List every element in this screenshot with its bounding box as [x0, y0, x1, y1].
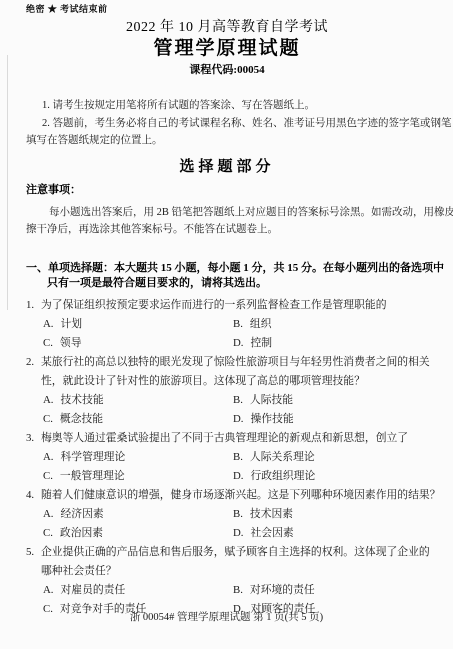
options-row: C.一般管理理论D.行政组织理论 [26, 467, 428, 486]
question-stem-text: 为了保证组织按预定要求运作而进行的一系列监督检查工作是管理职能的 [41, 299, 387, 311]
option-a: A.对雇员的责任 [43, 581, 233, 600]
scan-edge-artifact [7, 55, 8, 310]
question: 3.梅奥等人通过霍桑试验提出了不同于古典管理理论的新观点和新思想，创立了A.科学… [26, 429, 428, 486]
option-a: A.经济因素 [43, 505, 233, 524]
option-text: 计划 [61, 318, 83, 330]
question-stem-text: 某旅行社的高总以独特的眼光发现了惊险性旅游项目与年轻男性消费者之间的相关 [41, 356, 430, 368]
option-c: C.一般管理理论 [43, 467, 233, 486]
option-c: C.概念技能 [43, 410, 233, 429]
question: 2.某旅行社的高总以独特的眼光发现了惊险性旅游项目与年轻男性消费者之间的相关性，… [26, 353, 428, 429]
instruction-item-2-line-1: 2. 答题前，考生务必将自己的考试课程名称、姓名、准考证号用黑色字迹的签字笔或钢… [26, 115, 428, 133]
options-row: C.政治因素D.社会因素 [26, 524, 428, 543]
option-label: B. [233, 391, 243, 410]
option-label: B. [233, 448, 243, 467]
option-label: A. [43, 448, 54, 467]
option-text: 对环境的责任 [250, 584, 315, 596]
option-label: C. [43, 524, 53, 543]
question-stem-line: 5.企业提供正确的产品信息和售后服务，赋予顾客自主选择的权利。这体现了企业的 [26, 543, 428, 562]
question-number: 2. [26, 353, 41, 372]
option-d: D.社会因素 [233, 524, 294, 543]
question-stem-line: 3.梅奥等人通过霍桑试验提出了不同于古典管理理论的新观点和新思想，创立了 [26, 429, 428, 448]
option-label: D. [233, 467, 244, 486]
option-label: C. [43, 410, 53, 429]
option-label: D. [233, 410, 244, 429]
option-text: 经济因素 [61, 508, 104, 520]
question: 4.随着人们健康意识的增强，健身市场逐渐兴起。这是下列哪种环境因素作用的结果？A… [26, 486, 428, 543]
option-c: C.领导 [43, 334, 233, 353]
option-label: D. [233, 524, 244, 543]
option-label: D. [233, 334, 244, 353]
option-label: B. [233, 315, 243, 334]
page-footer: 浙 00054# 管理学原理试题 第 1 页(共 5 页) [0, 611, 453, 624]
question-stem-text: 梅奥等人通过霍桑试验提出了不同于古典管理理论的新观点和新思想，创立了 [41, 432, 408, 444]
option-b: B.对环境的责任 [233, 581, 315, 600]
classification-banner: 绝密 ★ 考试结束前 [26, 3, 428, 15]
option-text: 组织 [250, 318, 272, 330]
question-number: 3. [26, 429, 41, 448]
option-a: A.科学管理理论 [43, 448, 233, 467]
option-c: C.政治因素 [43, 524, 233, 543]
option-d: D.行政组织理论 [233, 467, 315, 486]
option-text: 行政组织理论 [251, 470, 316, 482]
question-number: 5. [26, 543, 41, 562]
option-b: B.人际关系理论 [233, 448, 315, 467]
option-a: A.计划 [43, 315, 233, 334]
exam-session-title: 2022 年 10 月高等教育自学考试 [26, 20, 428, 36]
options-row: C.领导D.控制 [26, 334, 428, 353]
part-one-heading-line-1: 一、单项选择题：本大题共 15 小题，每小题 1 分，共 15 分。在每小题列出… [26, 261, 428, 277]
option-label: C. [43, 467, 53, 486]
question-stem-line: 哪种社会责任？ [26, 562, 428, 581]
option-text: 对雇员的责任 [61, 584, 126, 596]
option-text: 概念技能 [60, 413, 103, 425]
section-heading: 选择题部分 [26, 159, 428, 175]
option-text: 领导 [60, 337, 82, 349]
option-label: C. [43, 334, 53, 353]
option-text: 人际技能 [250, 394, 293, 406]
option-label: B. [233, 505, 243, 524]
option-label: A. [43, 505, 54, 524]
option-text: 科学管理理论 [61, 451, 126, 463]
option-d: D.控制 [233, 334, 272, 353]
options-row: A.对雇员的责任B.对环境的责任 [26, 581, 428, 600]
question-number: 4. [26, 486, 41, 505]
questions-list: 1.为了保证组织按预定要求运作而进行的一系列监督检查工作是管理职能的A.计划B.… [26, 296, 428, 619]
options-row: A.经济因素B.技术因素 [26, 505, 428, 524]
question-stem-line: 4.随着人们健康意识的增强，健身市场逐渐兴起。这是下列哪种环境因素作用的结果？ [26, 486, 428, 505]
option-label: A. [43, 581, 54, 600]
options-row: A.科学管理理论B.人际关系理论 [26, 448, 428, 467]
option-b: B.人际技能 [233, 391, 293, 410]
option-label: A. [43, 315, 54, 334]
question-stem-text: 哪种社会责任？ [41, 565, 117, 577]
question: 5.企业提供正确的产品信息和售后服务，赋予顾客自主选择的权利。这体现了企业的哪种… [26, 543, 428, 619]
question-number: 1. [26, 296, 41, 315]
question-stem-line: 性，就此设计了针对性的旅游项目。这体现了高总的哪项管理技能？ [26, 372, 428, 391]
option-text: 一般管理理论 [60, 470, 125, 482]
options-row: A.技术技能B.人际技能 [26, 391, 428, 410]
notes-label: 注意事项： [26, 184, 428, 197]
question-stem-text: 随着人们健康意识的增强，健身市场逐渐兴起。这是下列哪种环境因素作用的结果？ [41, 489, 440, 501]
options-row: A.计划B.组织 [26, 315, 428, 334]
course-code: 课程代码:00054 [26, 64, 428, 77]
notes-line-2: 擦干净后，再选涂其他答案标号。不能答在试题卷上。 [26, 221, 428, 239]
question-stem-line: 2.某旅行社的高总以独特的眼光发现了惊险性旅游项目与年轻男性消费者之间的相关 [26, 353, 428, 372]
instruction-item-1: 1. 请考生按规定用笔将所有试题的答案涂、写在答题纸上。 [26, 97, 428, 115]
option-text: 操作技能 [251, 413, 294, 425]
instruction-item-2-line-2: 填写在答题纸规定的位置上。 [26, 132, 428, 150]
option-d: D.操作技能 [233, 410, 294, 429]
option-text: 技术技能 [61, 394, 104, 406]
option-b: B.技术因素 [233, 505, 293, 524]
option-text: 控制 [251, 337, 273, 349]
option-text: 技术因素 [250, 508, 293, 520]
option-text: 人际关系理论 [250, 451, 315, 463]
option-text: 社会因素 [251, 527, 294, 539]
option-b: B.组织 [233, 315, 272, 334]
question-stem-line: 1.为了保证组织按预定要求运作而进行的一系列监督检查工作是管理职能的 [26, 296, 428, 315]
option-label: B. [233, 581, 243, 600]
question-stem-text: 性，就此设计了针对性的旅游项目。这体现了高总的哪项管理技能？ [41, 375, 365, 387]
options-row: C.概念技能D.操作技能 [26, 410, 428, 429]
question-stem-text: 企业提供正确的产品信息和售后服务，赋予顾客自主选择的权利。这体现了企业的 [41, 546, 430, 558]
notes-line-1: 每小题选出答案后，用 2B 铅笔把答题纸上对应题目的答案标号涂黑。如需改动，用橡… [26, 204, 428, 222]
exam-paper-page: 绝密 ★ 考试结束前 2022 年 10 月高等教育自学考试 管理学原理试题 课… [0, 0, 453, 649]
part-one-heading-line-2: 只有一项是最符合题目要求的，请将其选出。 [26, 276, 428, 292]
general-instructions: 1. 请考生按规定用笔将所有试题的答案涂、写在答题纸上。 2. 答题前，考生务必… [26, 97, 428, 150]
notes-paragraph: 每小题选出答案后，用 2B 铅笔把答题纸上对应题目的答案标号涂黑。如需改动，用橡… [26, 204, 428, 239]
option-label: A. [43, 391, 54, 410]
option-a: A.技术技能 [43, 391, 233, 410]
part-one-heading: 一、单项选择题：本大题共 15 小题，每小题 1 分，共 15 分。在每小题列出… [26, 261, 428, 292]
option-text: 政治因素 [60, 527, 103, 539]
question: 1.为了保证组织按预定要求运作而进行的一系列监督检查工作是管理职能的A.计划B.… [26, 296, 428, 353]
paper-title: 管理学原理试题 [26, 38, 428, 60]
